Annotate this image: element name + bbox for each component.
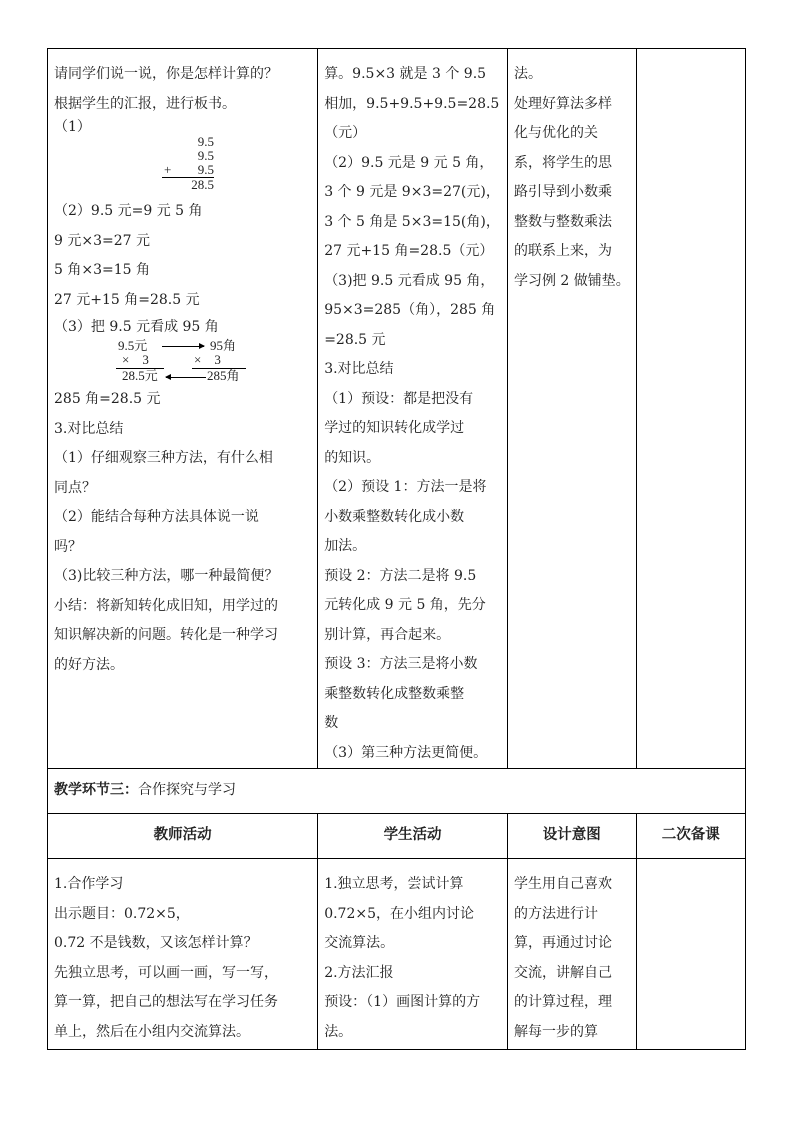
header-secondary-prep: 二次备课 bbox=[636, 814, 745, 859]
arrow-right-icon bbox=[162, 346, 204, 347]
lesson-plan-table: 请同学们说一说，你是怎样计算的？ 根据学生的汇报，进行板书。 （1） 9.5 9… bbox=[47, 48, 746, 1050]
text-line: 算一算，把自己的想法写在学习任务 bbox=[54, 988, 311, 1018]
text-line: 化与优化的关 bbox=[514, 119, 630, 149]
text-line: 95×3=285（角），285 角 bbox=[324, 296, 501, 326]
text-line: 根据学生的汇报，进行板书。 bbox=[54, 90, 311, 120]
left-result: 28.5元 bbox=[122, 369, 158, 383]
text-line: 整数与整数乘法 bbox=[514, 208, 630, 238]
document-page: 请同学们说一说，你是怎样计算的？ 根据学生的汇报，进行板书。 （1） 9.5 9… bbox=[0, 0, 793, 1122]
teacher-activity-cell: 1.合作学习 出示题目：0.72×5， 0.72 不是钱数，又该怎样计算？ 先独… bbox=[48, 859, 318, 1050]
text-line: 乘整数转化成整数乘整 bbox=[324, 680, 501, 710]
text-line: 的方法进行计 bbox=[514, 900, 630, 930]
text-line: 5 角×3=15 角 bbox=[54, 256, 311, 286]
left-mult: × 3 bbox=[122, 353, 149, 367]
left-top: 9.5元 bbox=[118, 339, 147, 353]
text-line: 交流算法。 bbox=[324, 929, 501, 959]
vertical-addition: 9.5 9.5 + 9.5 28.5 bbox=[164, 135, 214, 197]
text-line: 算。9.5×3 就是 3 个 9.5 bbox=[324, 60, 501, 90]
text-line: 别计算，再合起来。 bbox=[324, 621, 501, 651]
design-intent-cell: 学生用自己喜欢 的方法进行计 算，再通过讨论 交流，讲解自己 的计算过程，理 解… bbox=[507, 859, 636, 1050]
text-line: （1）预设：都是把没有 bbox=[324, 385, 501, 415]
text-line: 加法。 bbox=[324, 532, 501, 562]
addend: 9.5 bbox=[164, 149, 214, 163]
text-line: 系，将学生的思 bbox=[514, 149, 630, 179]
text-line: 小结：将新知转化成旧知，用学过的 bbox=[54, 592, 311, 622]
right-mult: × 3 bbox=[194, 353, 221, 367]
text-line: 预设：（1）画图计算的方 bbox=[324, 988, 501, 1018]
section-label: 教学环节三： bbox=[54, 782, 138, 798]
table-row: 1.合作学习 出示题目：0.72×5， 0.72 不是钱数，又该怎样计算？ 先独… bbox=[48, 859, 746, 1050]
text-line: 交流，讲解自己 bbox=[514, 959, 630, 989]
student-activity-cell: 算。9.5×3 就是 3 个 9.5 相加，9.5+9.5+9.5=28.5 （… bbox=[318, 49, 508, 769]
header-teacher-activity: 教师活动 bbox=[48, 814, 318, 859]
arrow-left-icon bbox=[166, 377, 206, 378]
text-line: （1）仔细观察三种方法，有什么相 bbox=[54, 444, 311, 474]
text-line: 数 bbox=[324, 709, 501, 739]
text-line: 解每一步的算 bbox=[514, 1018, 630, 1048]
text-line: （2）预设 1：方法一是将 bbox=[324, 473, 501, 503]
text-line: （3）第三种方法更简便。 bbox=[324, 739, 501, 769]
section-title-cell: 教学环节三：合作探究与学习 bbox=[48, 769, 746, 814]
text-line: 相加，9.5+9.5+9.5=28.5 bbox=[324, 90, 501, 120]
text-line: 0.72×5，在小组内讨论 bbox=[324, 900, 501, 930]
text-line: 路引导到小数乘 bbox=[514, 178, 630, 208]
text-line: 2.方法汇报 bbox=[324, 959, 501, 989]
section-row: 教学环节三：合作探究与学习 bbox=[48, 769, 746, 814]
text-line: 元转化成 9 元 5 角，先分 bbox=[324, 591, 501, 621]
text-line: 处理好算法多样 bbox=[514, 90, 630, 120]
text-line: （元） bbox=[324, 119, 501, 149]
text-line: 1.独立思考，尝试计算 bbox=[324, 870, 501, 900]
header-row: 教师活动 学生活动 设计意图 二次备课 bbox=[48, 814, 746, 859]
text-line: （3)把 9.5 元看成 95 角， bbox=[324, 267, 501, 297]
student-activity-cell: 1.独立思考，尝试计算 0.72×5，在小组内讨论 交流算法。 2.方法汇报 预… bbox=[318, 859, 508, 1050]
right-result: 285角 bbox=[207, 369, 240, 383]
design-intent-cell: 法。 处理好算法多样 化与优化的关 系，将学生的思 路引导到小数乘 整数与整数乘… bbox=[507, 49, 636, 769]
text-line: 学习例 2 做铺垫。 bbox=[514, 267, 630, 297]
text-line: 小数乘整数转化成小数 bbox=[324, 503, 501, 533]
sum: 28.5 bbox=[164, 178, 214, 192]
table-row: 请同学们说一说，你是怎样计算的？ 根据学生的汇报，进行板书。 （1） 9.5 9… bbox=[48, 49, 746, 769]
teacher-activity-cell: 请同学们说一说，你是怎样计算的？ 根据学生的汇报，进行板书。 （1） 9.5 9… bbox=[48, 49, 318, 769]
text-line: 学生用自己喜欢 bbox=[514, 870, 630, 900]
text-line: 1.合作学习 bbox=[54, 870, 311, 900]
addend: 9.5 bbox=[164, 135, 214, 149]
text-line: 知识解决新的问题。转化是一种学习 bbox=[54, 621, 311, 651]
header-design-intent: 设计意图 bbox=[507, 814, 636, 859]
text-line: 9 元×3=27 元 bbox=[54, 227, 311, 257]
text-line: 出示题目：0.72×5， bbox=[54, 900, 311, 930]
plus-sign: + bbox=[164, 163, 171, 177]
header-student-activity: 学生活动 bbox=[318, 814, 508, 859]
text-line: 预设 2：方法二是将 9.5 bbox=[324, 562, 501, 592]
text-line: 同点？ bbox=[54, 474, 311, 504]
text-line: 吗？ bbox=[54, 533, 311, 563]
text-line: 27 元+15 角=28.5 元 bbox=[54, 286, 311, 316]
text-line: 先独立思考，可以画一画，写一写， bbox=[54, 959, 311, 989]
text-line: 的知识。 bbox=[324, 444, 501, 474]
text-line: 预设 3：方法三是将小数 bbox=[324, 650, 501, 680]
text-line: 单上，然后在小组内交流算法。 bbox=[54, 1018, 311, 1048]
text-line: 3 个 5 角是 5×3=15(角)， bbox=[324, 208, 501, 238]
text-line: 请同学们说一说，你是怎样计算的？ bbox=[54, 60, 311, 90]
addend: 9.5 bbox=[164, 163, 214, 177]
text-line: =28.5 元 bbox=[324, 326, 501, 356]
text-line: （2）9.5 元是 9 元 5 角， bbox=[324, 149, 501, 179]
text-line: 285 角=28.5 元 bbox=[54, 385, 311, 415]
text-line: 0.72 不是钱数，又该怎样计算？ bbox=[54, 929, 311, 959]
text-line: 3 个 9 元是 9×3=27(元)， bbox=[324, 178, 501, 208]
text-line: （2）能结合每种方法具体说一说 bbox=[54, 503, 311, 533]
right-top: 95角 bbox=[210, 339, 236, 353]
section-value: 合作探究与学习 bbox=[138, 782, 236, 798]
text-line: 的计算过程，理 bbox=[514, 988, 630, 1018]
text-line: 的好方法。 bbox=[54, 651, 311, 681]
text-line: （1） bbox=[54, 119, 311, 135]
text-line: 3.对比总结 bbox=[324, 355, 501, 385]
secondary-prep-cell[interactable] bbox=[636, 49, 745, 769]
conversion-diagram: 9.5元 95角 × 3 × 3 28.5元 285角 bbox=[54, 339, 311, 385]
text-line: 法。 bbox=[324, 1018, 501, 1048]
text-line: （2）9.5 元=9 元 5 角 bbox=[54, 197, 311, 227]
text-line: 算，再通过讨论 bbox=[514, 929, 630, 959]
text-line: 27 元+15 角=28.5（元） bbox=[324, 237, 501, 267]
secondary-prep-cell[interactable] bbox=[636, 859, 745, 1050]
text-line: 学过的知识转化成学过 bbox=[324, 414, 501, 444]
text-line: 法。 bbox=[514, 60, 630, 90]
text-line: 的联系上来，为 bbox=[514, 237, 630, 267]
text-line: （3)比较三种方法，哪一种最简便？ bbox=[54, 562, 311, 592]
text-line: （3）把 9.5 元看成 95 角 bbox=[54, 315, 311, 339]
text-line: 3.对比总结 bbox=[54, 415, 311, 445]
